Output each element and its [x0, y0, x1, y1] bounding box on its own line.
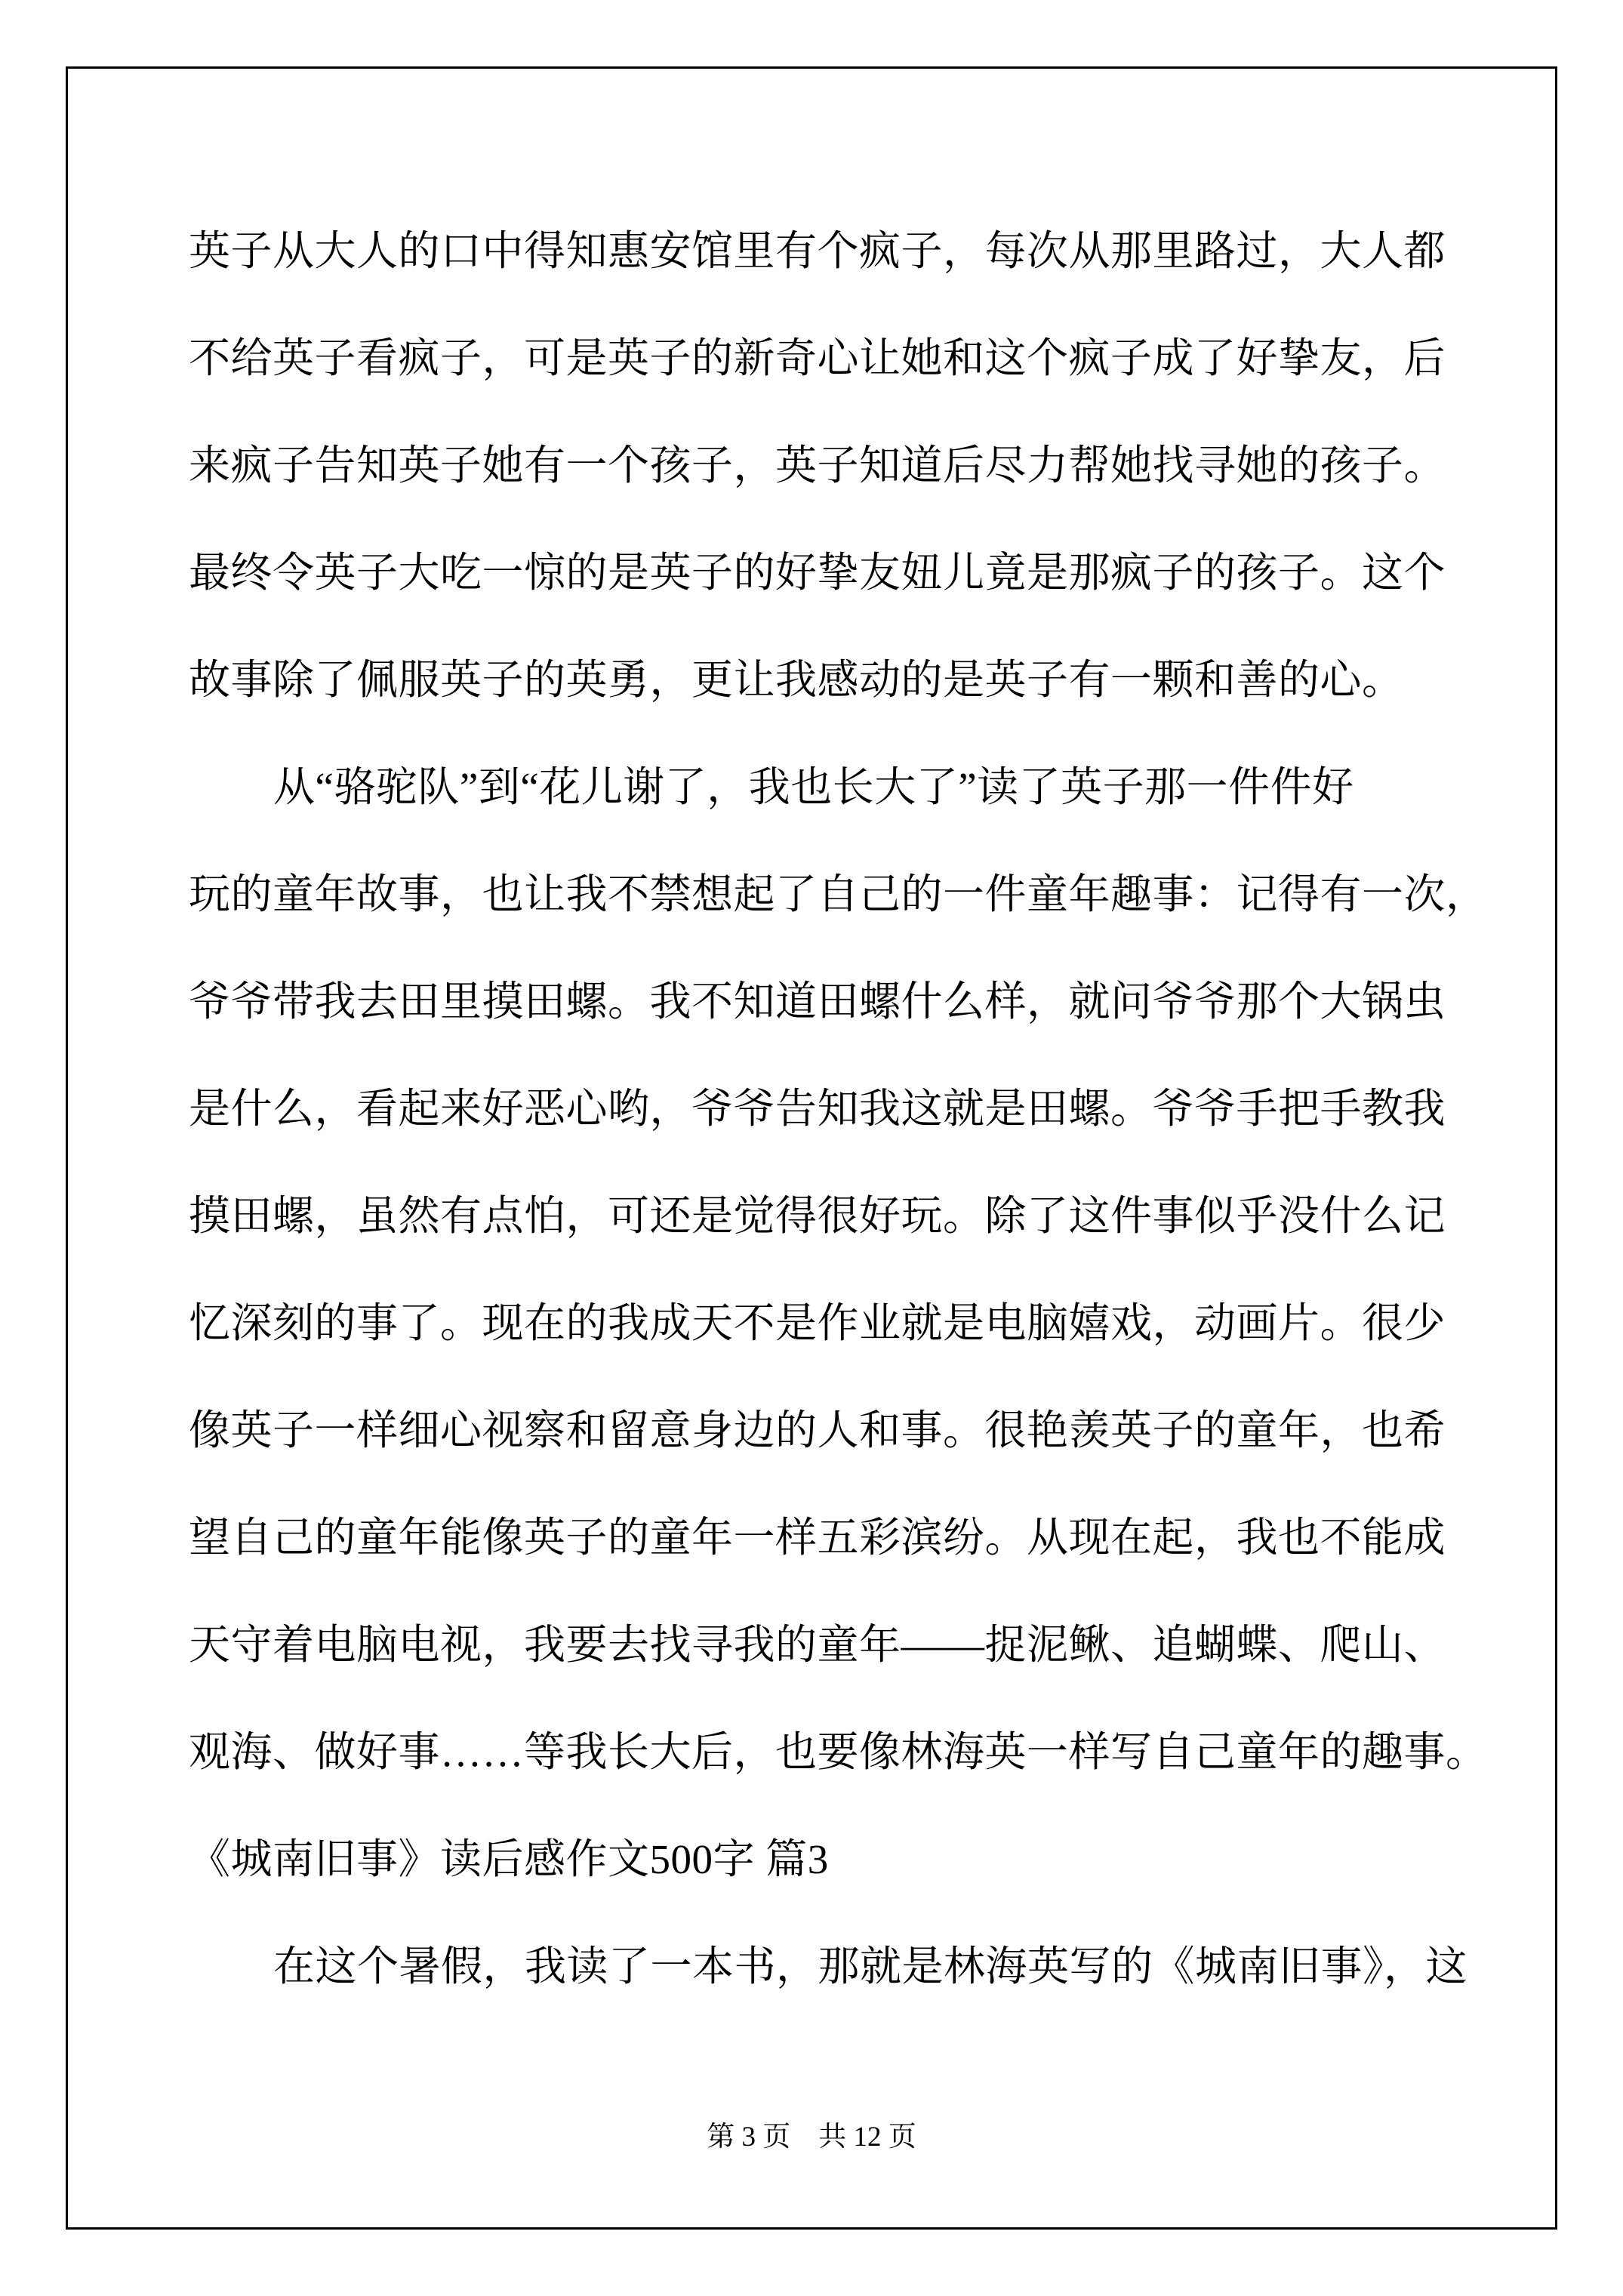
body-text-line: 是什么，看起来好恶心哟，爷爷告知我这就是田螺。爷爷手把手教我 — [189, 1056, 1443, 1163]
body-text-line: 观海、做好事……等我长大后，也要像林海英一样写自己童年的趣事。 — [189, 1699, 1443, 1806]
body-text-line: 从“骆驼队”到“花儿谢了，我也长大了”读了英子那一件件好 — [189, 734, 1443, 841]
page-footer: 第 3 页 共 12 页 — [0, 2119, 1623, 2156]
body-text-line: 天守着电脑电视，我要去找寻我的童年——捉泥鳅、追蝴蝶、爬山、 — [189, 1592, 1443, 1699]
body-text-line: 像英子一样细心视察和留意身边的人和事。很艳羡英子的童年，也希 — [189, 1377, 1443, 1484]
body-text-line: 不给英子看疯子，可是英子的新奇心让她和这个疯子成了好挚友，后 — [189, 305, 1443, 412]
body-text-line: 故事除了佩服英子的英勇，更让我感动的是英子有一颗和善的心。 — [189, 627, 1443, 734]
body-text-line: 望自己的童年能像英子的童年一样五彩滨纷。从现在起，我也不能成 — [189, 1484, 1443, 1592]
body-text-line: 来疯子告知英子她有一个孩子，英子知道后尽力帮她找寻她的孩子。 — [189, 412, 1443, 519]
body-text-line: 玩的童年故事，也让我不禁想起了自己的一件童年趣事：记得有一次， — [189, 841, 1443, 948]
body-text-line: 最终令英子大吃一惊的是英子的好挚友妞儿竟是那疯子的孩子。这个 — [189, 519, 1443, 627]
body-text-line: 在这个暑假，我读了一本书，那就是林海英写的《城南旧事》，这 — [189, 1913, 1443, 2020]
body-text-line: 忆深刻的事了。现在的我成天不是作业就是电脑嬉戏，动画片。很少 — [189, 1270, 1443, 1377]
body-text-line: 爷爷带我去田里摸田螺。我不知道田螺什么样，就问爷爷那个大锅虫 — [189, 948, 1443, 1056]
body-text-line: 英子从大人的口中得知惠安馆里有个疯子，每次从那里路过，大人都 — [189, 198, 1443, 305]
section-heading: 《城南旧事》读后感作文500字 篇3 — [189, 1806, 1443, 1913]
body-text-line: 摸田螺，虽然有点怕，可还是觉得很好玩。除了这件事似乎没什么记 — [189, 1163, 1443, 1270]
document-body: 英子从大人的口中得知惠安馆里有个疯子，每次从那里路过，大人都 不给英子看疯子，可… — [189, 198, 1443, 2020]
